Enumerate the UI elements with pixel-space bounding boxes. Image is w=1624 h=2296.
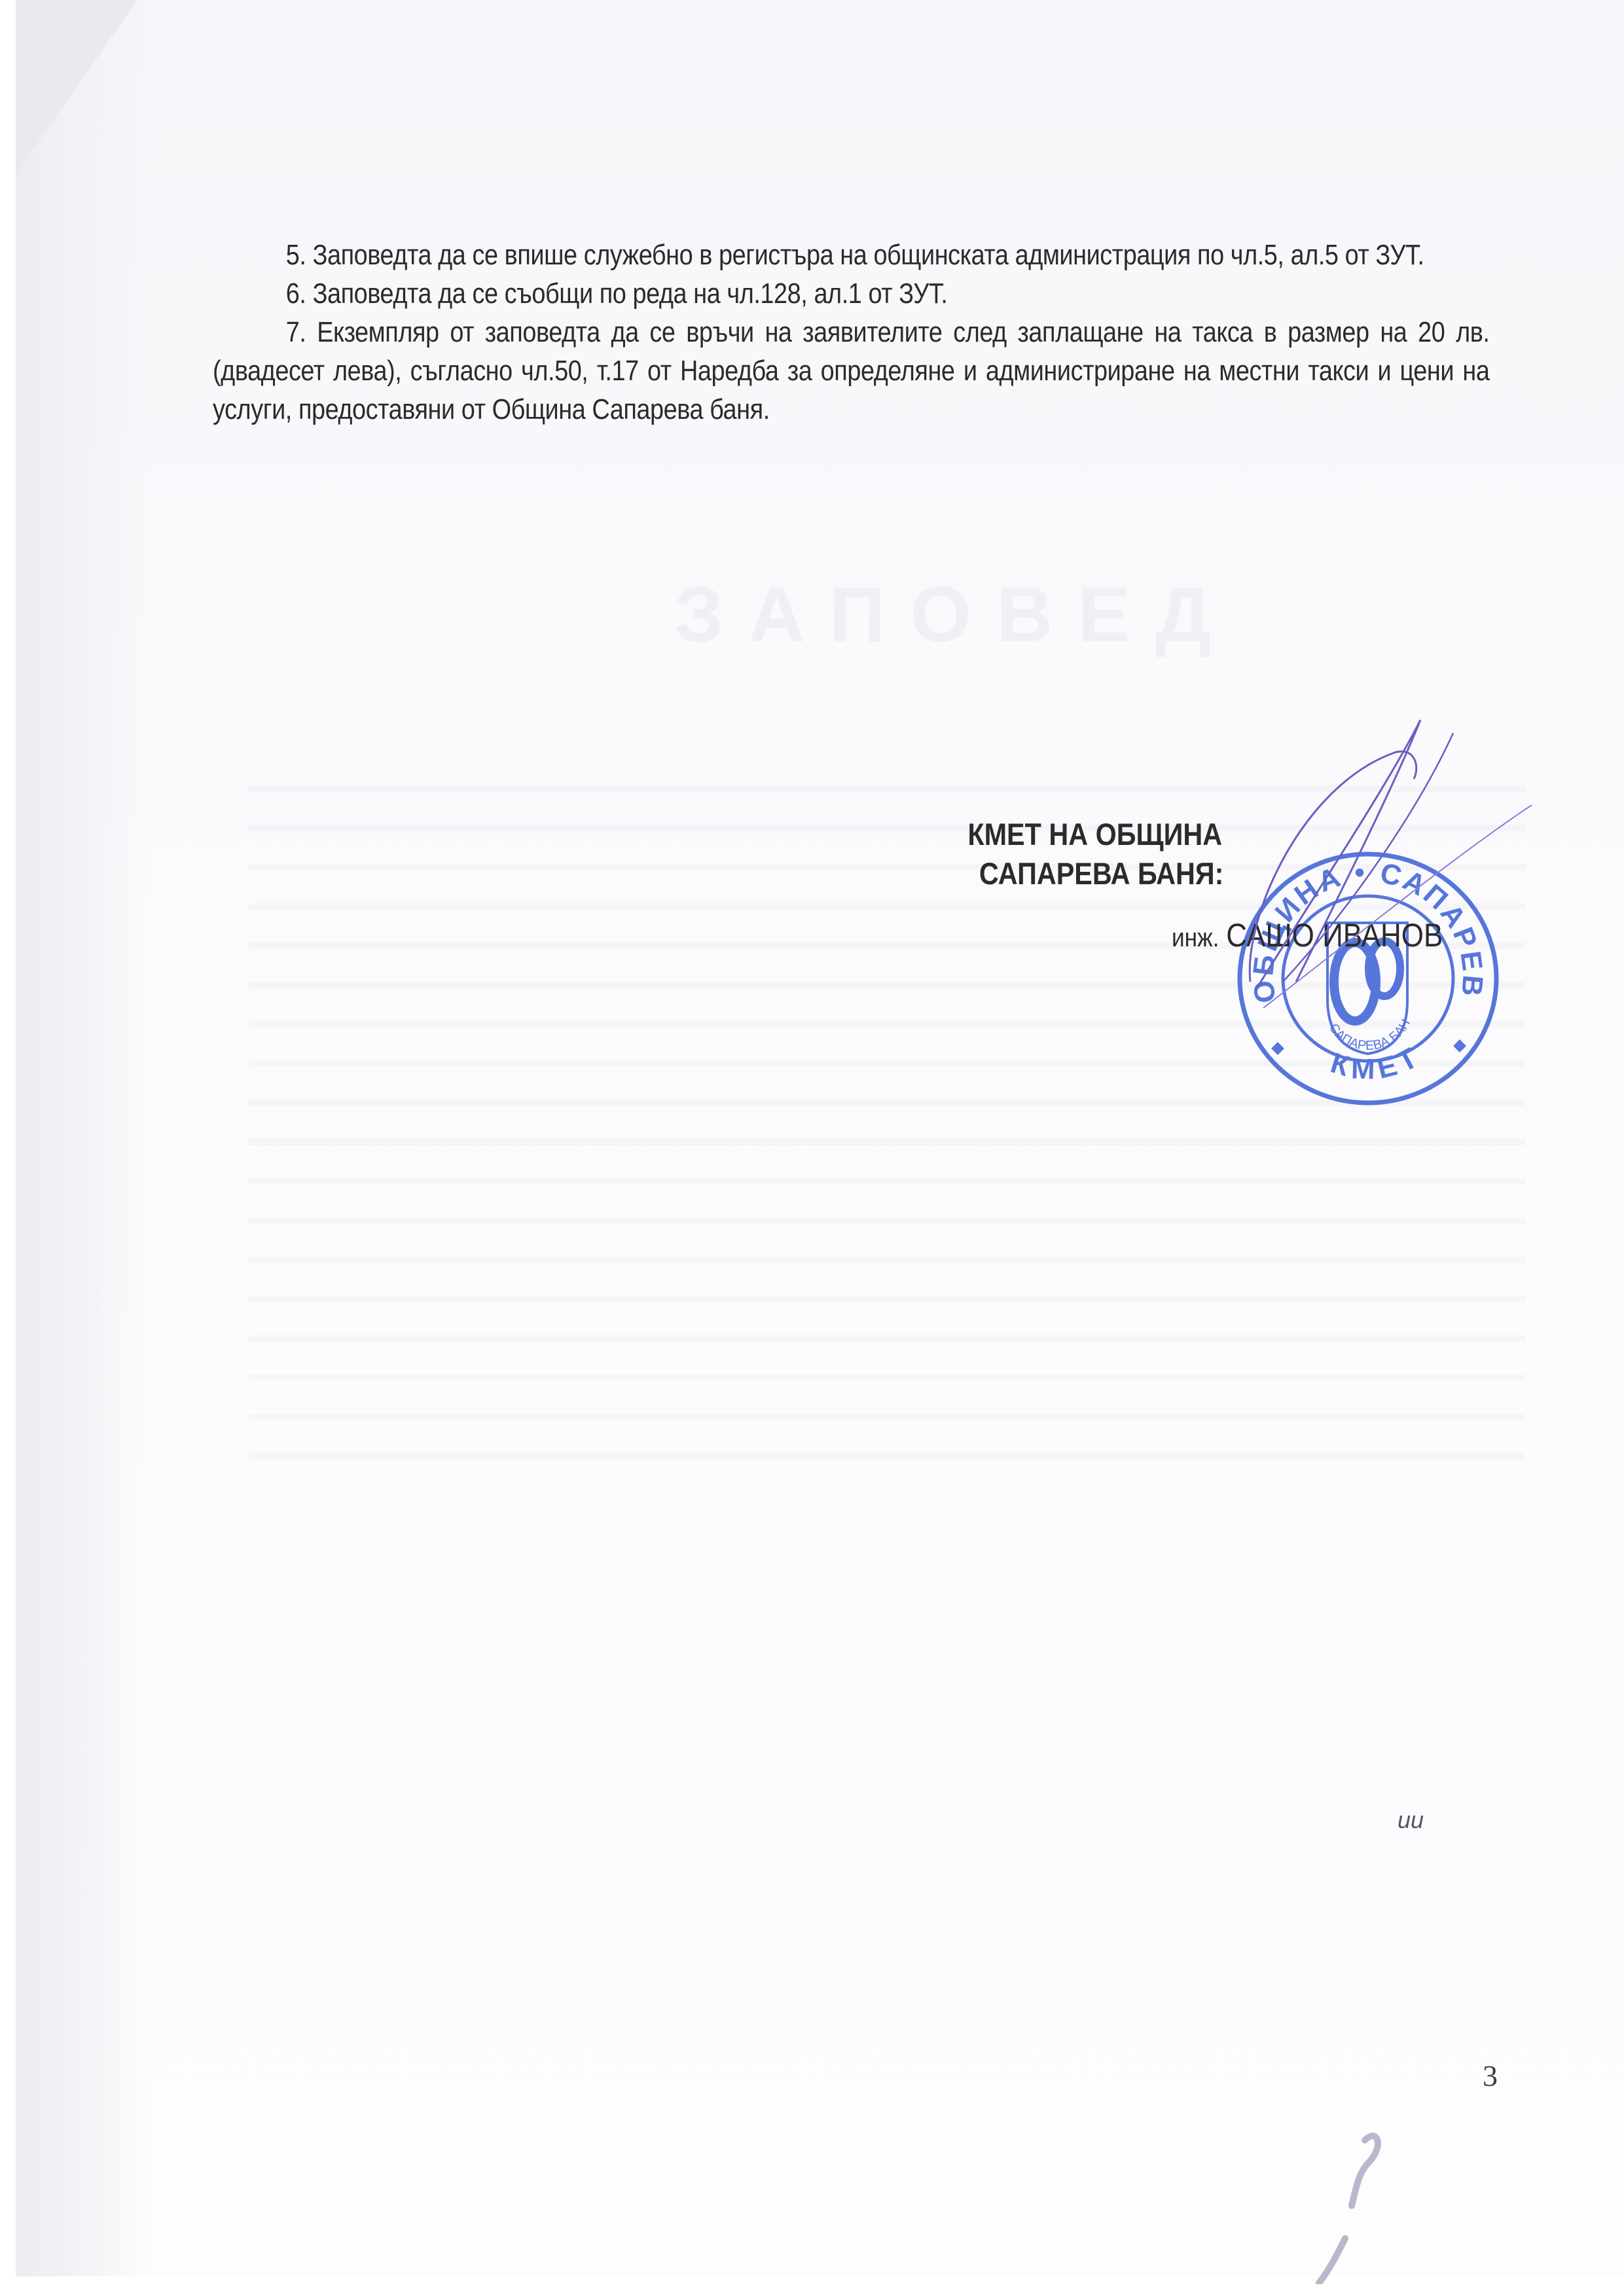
signatory-title-line-1: КМЕТ НА ОБЩИНА <box>967 815 1223 854</box>
pen-mark-icon <box>1293 2114 1398 2284</box>
clause-6: 6. Заповедта да се съобщи по реда на чл.… <box>213 274 1489 313</box>
scan-shadow <box>0 0 151 2296</box>
handwritten-signature-icon <box>1204 707 1545 1047</box>
order-clauses: 5. Заповедта да се впише служебно в реги… <box>213 236 1489 429</box>
clause-5: 5. Заповедта да се впише служебно в реги… <box>213 236 1489 274</box>
scan-edge <box>0 0 16 2296</box>
signatory-title-line-2: САПАРЕВА БАНЯ: <box>979 854 1224 893</box>
page-number: 3 <box>1483 2058 1498 2093</box>
signatory-title: КМЕТ НА ОБЩИНА САПАРЕВА БАНЯ: <box>945 815 1223 893</box>
folded-corner <box>0 0 137 196</box>
handwritten-initials: ии <box>1398 1806 1424 1834</box>
clause-7: 7. Екземпляр от заповедта да се връчи на… <box>213 313 1489 429</box>
